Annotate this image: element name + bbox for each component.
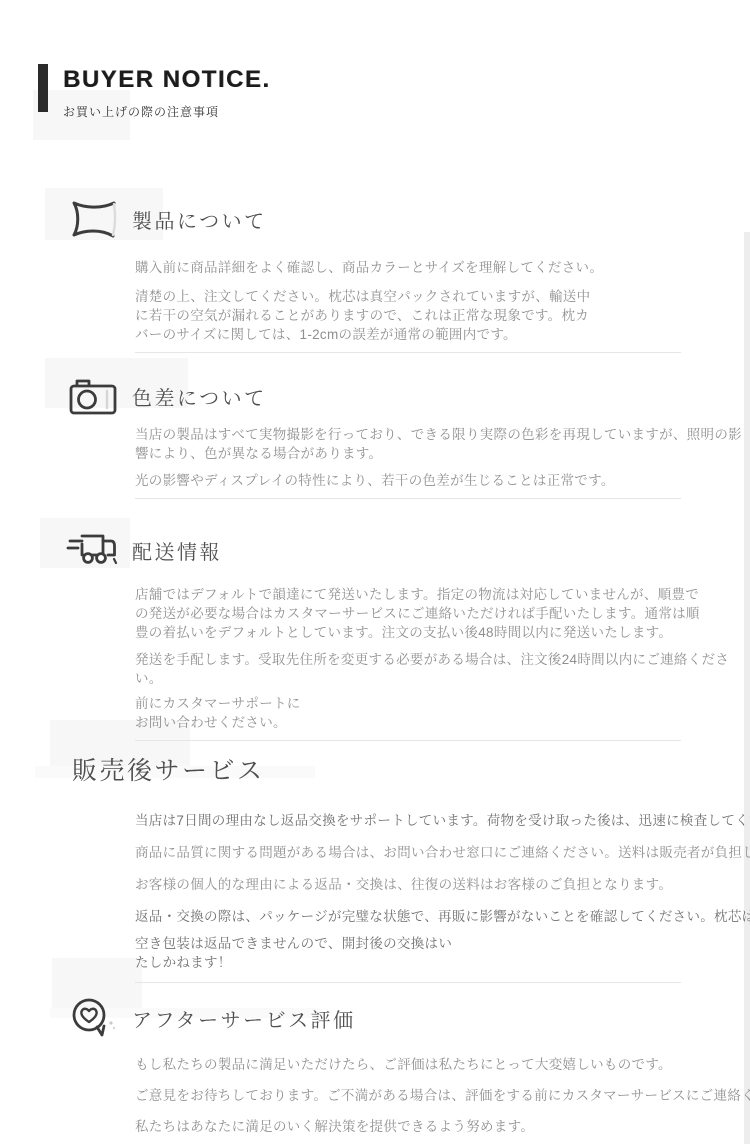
- section-title: 配送情報: [132, 536, 222, 565]
- paragraph: 当店の製品はすべて実物撮影を行っており、できる限り実際の色彩を再現していますが、…: [135, 425, 750, 463]
- section-divider: [135, 498, 681, 499]
- camera-icon: [66, 374, 122, 418]
- pillow-icon: [66, 196, 122, 242]
- section-divider: [135, 982, 681, 983]
- paragraph: 空き包装は返品できませんので、開封後の交換はい たしかねます！: [135, 934, 750, 972]
- section-title: 製品について: [132, 205, 267, 234]
- buyer-notice-page: BUYER NOTICE. お買い上げの際の注意事項 製品について 購入前に商品…: [0, 0, 750, 1144]
- section-color-difference: 色差について 当店の製品はすべて実物撮影を行っており、できる限り実際の色彩を再現…: [0, 373, 750, 499]
- paragraph: 商品に品質に関する問題がある場合は、お問い合わせ窓口にご連絡ください。送料は販売…: [135, 843, 750, 862]
- paragraph: 返品・交換の際は、パッケージが完璧な状態で、再販に影響がないことを確認してくださ…: [135, 907, 750, 926]
- paragraph: 私たちはあなたに満足のいく解決策を提供できるよう努めます。: [135, 1117, 750, 1136]
- truck-icon: [66, 528, 122, 572]
- paragraph: 店舗ではデフォルトで韻達にて発送いたします。指定の物流は対応していませんが、順豊…: [135, 585, 750, 642]
- paragraph: 光の影響やディスプレイの特性により、若干の色差が生じることは正常です。: [135, 471, 750, 490]
- section-title: 色差について: [132, 382, 267, 411]
- section-product: 製品について 購入前に商品詳細をよく確認し、商品カラーとサイズを理解してください…: [0, 196, 750, 353]
- section-service-review: アフターサービス評価 もし私たちの製品に満足いただけたら、ご評価は私たちにとって…: [0, 995, 750, 1136]
- page-title: BUYER NOTICE.: [63, 66, 271, 94]
- heart-bubble-icon: [66, 995, 122, 1041]
- section-divider: [135, 740, 681, 741]
- paragraph: 発送を手配します。受取先住所を変更する必要がある場合は、注文後24時間以内にご連…: [135, 650, 750, 688]
- paragraph: 当店は7日間の理由なし返品交換をサポートしています。荷物を受け取った後は、迅速に…: [135, 811, 750, 830]
- page-subtitle: お買い上げの際の注意事項: [63, 103, 271, 120]
- section-divider: [135, 352, 681, 353]
- section-title: 販売後サービス: [72, 753, 750, 789]
- header: BUYER NOTICE. お買い上げの際の注意事項: [0, 0, 750, 120]
- paragraph: 購入前に商品詳細をよく確認し、商品カラーとサイズを理解してください。: [135, 258, 750, 277]
- section-after-sales: 販売後サービス 当店は7日間の理由なし返品交換をサポートしています。荷物を受け取…: [0, 753, 750, 983]
- paragraph: ご意見をお待ちしております。ご不満がある場合は、評価をする前にカスタマーサービス…: [135, 1086, 750, 1105]
- section-shipping: 配送情報 店舗ではデフォルトで韻達にて発送いたします。指定の物流は対応していませ…: [0, 527, 750, 741]
- paragraph: もし私たちの製品に満足いただけたら、ご評価は私たちにとって大変嬉しいものです。: [135, 1055, 750, 1074]
- section-title: アフターサービス評価: [132, 1004, 356, 1033]
- paragraph: 清楚の上、注文してください。枕芯は真空パックされていますが、輸送中 に若干の空気…: [135, 287, 750, 344]
- paragraph: 前にカスタマーサポートに お問い合わせください。: [135, 694, 750, 732]
- paragraph: お客様の個人的な理由による返品・交換は、往復の送料はお客様のご負担となります。: [135, 875, 750, 894]
- accent-bar: [38, 64, 48, 112]
